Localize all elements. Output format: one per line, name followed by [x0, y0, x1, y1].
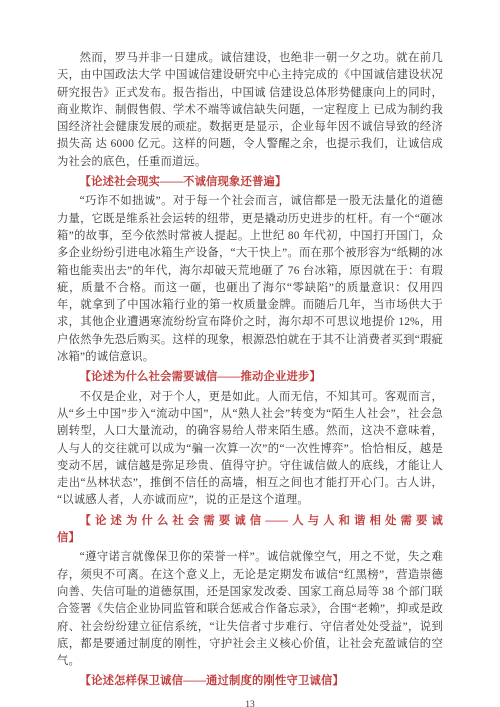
section-heading-harmony-line1: 【论述为什么社会需要诚信——人与人和谐相处需要诚	[57, 513, 443, 530]
section-heading-enterprise-progress: 【论述为什么社会需要诚信——推动企业进步】	[57, 369, 443, 386]
section-heading-harmony: 【论述为什么社会需要诚信——人与人和谐相处需要诚 信】	[57, 513, 443, 548]
page-number: 13	[57, 700, 443, 707]
section-heading-guard-integrity: 【论述怎样保卫诚信——通过制度的刚性守卫诚信】	[57, 673, 443, 690]
paragraph-individual-integrity: 不仅是企业，对于个人，更是如此。人而无信，不知其可。客观而言，从“乡土中国”步入…	[57, 389, 443, 510]
section-heading-harmony-line2: 信】	[57, 530, 443, 547]
document-page: 然而，罗马并非一日建成。诚信建设，也绝非一朝一夕之功。就在前几天，由中国政法大学…	[0, 0, 500, 707]
paragraph-honesty-construction: 然而，罗马并非一日建成。诚信建设，也绝非一朝一夕之功。就在前几天，由中国政法大学…	[57, 50, 443, 171]
section-heading-social-reality: 【论述社会现实——不诚信现象还普遍】	[57, 174, 443, 191]
paragraph-credit-system: “遵守诺言就像保卫你的荣誉一样”。诚信就像空气，用之不觉，失之难存，须臾不可离。…	[57, 549, 443, 670]
paragraph-haier-fridge-story: “巧诈不如拙诚”。对于每一个社会而言，诚信都是一股无法量化的道德力量，它既是维系…	[57, 193, 443, 366]
